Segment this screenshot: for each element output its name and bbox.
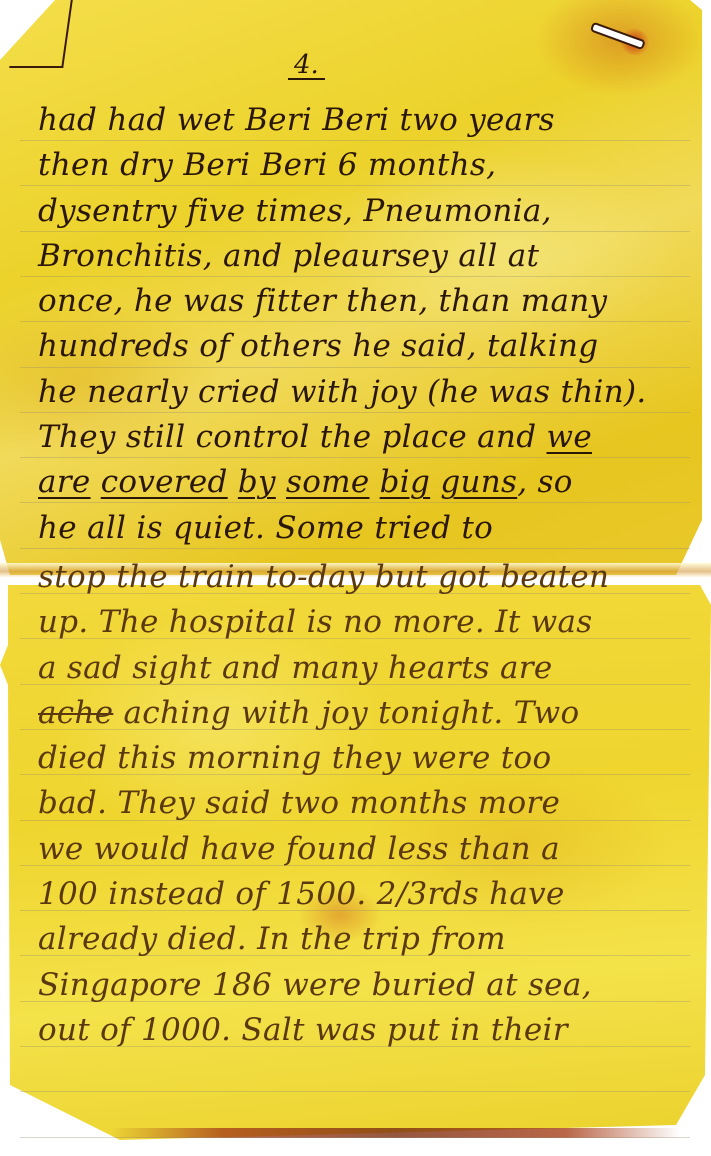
text-line: out of 1000. Salt was put in their xyxy=(38,1008,698,1053)
text-line: had had wet Beri Beri two years xyxy=(38,98,698,143)
text-line: Singapore 186 were buried at sea, xyxy=(38,963,698,1008)
text-line: ache aching with joy tonight. Two xyxy=(38,691,698,736)
text-segment: bad. They said two months more xyxy=(38,785,560,821)
text-line: dysentry five times, Pneumonia, xyxy=(38,189,698,234)
underlined-word: big xyxy=(380,464,431,500)
text-segment: he all is quiet. Some tried to xyxy=(38,510,493,546)
text-line: a sad sight and many hearts are xyxy=(38,646,698,691)
text-segment: died this morning they were too xyxy=(38,740,551,776)
text-line: then dry Beri Beri 6 months, xyxy=(38,143,698,188)
text-line: hundreds of others he said, talking xyxy=(38,324,698,369)
text-line: stop the train to-day but got beaten xyxy=(38,555,698,600)
underlined-word: covered xyxy=(101,464,228,500)
text-segment: then dry Beri Beri 6 months, xyxy=(38,147,496,183)
letter-sheet: 4. had had wet Beri Beri two yearsthen d… xyxy=(0,0,711,1156)
text-segment: a sad sight and many hearts are xyxy=(38,650,553,686)
text-line: died this morning they were too xyxy=(38,736,698,781)
text-segment: once, he was fitter then, than many xyxy=(38,283,607,319)
text-segment xyxy=(370,464,380,500)
underlined-word: are xyxy=(38,464,91,500)
text-segment: stop the train to-day but got beaten xyxy=(38,559,609,595)
text-segment: hundreds of others he said, talking xyxy=(38,328,598,364)
text-segment: out of 1000. Salt was put in their xyxy=(38,1012,568,1048)
text-segment: , so xyxy=(517,464,572,500)
text-segment xyxy=(228,464,238,500)
text-line: he all is quiet. Some tried to xyxy=(38,506,698,551)
text-line: he nearly cried with joy (he was thin). xyxy=(38,370,698,415)
text-segment: They still control the place and xyxy=(38,419,547,455)
text-segment: 100 instead of 1500. 2/3rds have xyxy=(38,876,565,912)
text-line: once, he was fitter then, than many xyxy=(38,279,698,324)
text-segment xyxy=(91,464,101,500)
page-number: 4. xyxy=(288,52,325,80)
underlined-word: we xyxy=(547,419,592,455)
text-line: Bronchitis, and pleaursey all at xyxy=(38,234,698,279)
text-line: already died. In the trip from xyxy=(38,917,698,962)
text-line: bad. They said two months more xyxy=(38,781,698,826)
underlined-word: some xyxy=(286,464,370,500)
underlined-word: by xyxy=(238,464,276,500)
text-segment: aching with joy tonight. Two xyxy=(113,695,579,731)
handwritten-text: had had wet Beri Beri two yearsthen dry … xyxy=(38,98,698,1053)
text-segment: had had wet Beri Beri two years xyxy=(38,102,555,138)
text-segment: dysentry five times, Pneumonia, xyxy=(38,193,552,229)
underlined-word: guns xyxy=(440,464,517,500)
text-segment xyxy=(430,464,440,500)
text-segment: he nearly cried with joy (he was thin). xyxy=(38,374,647,410)
text-segment xyxy=(276,464,286,500)
text-line: up. The hospital is no more. It was xyxy=(38,600,698,645)
text-line: we would have found less than a xyxy=(38,827,698,872)
text-segment: up. The hospital is no more. It was xyxy=(38,604,592,640)
text-line: They still control the place and we xyxy=(38,415,698,460)
text-line: 100 instead of 1500. 2/3rds have xyxy=(38,872,698,917)
text-segment: Bronchitis, and pleaursey all at xyxy=(38,238,539,274)
text-segment: already died. In the trip from xyxy=(38,921,506,957)
corner-fold-mark xyxy=(9,0,73,68)
ruled-line xyxy=(20,1137,690,1138)
text-segment: we would have found less than a xyxy=(38,831,560,867)
text-line: are covered by some big guns, so xyxy=(38,460,698,505)
struck-word: ache xyxy=(38,695,113,731)
ruled-line xyxy=(20,1091,690,1092)
text-segment: Singapore 186 were buried at sea, xyxy=(38,967,592,1003)
